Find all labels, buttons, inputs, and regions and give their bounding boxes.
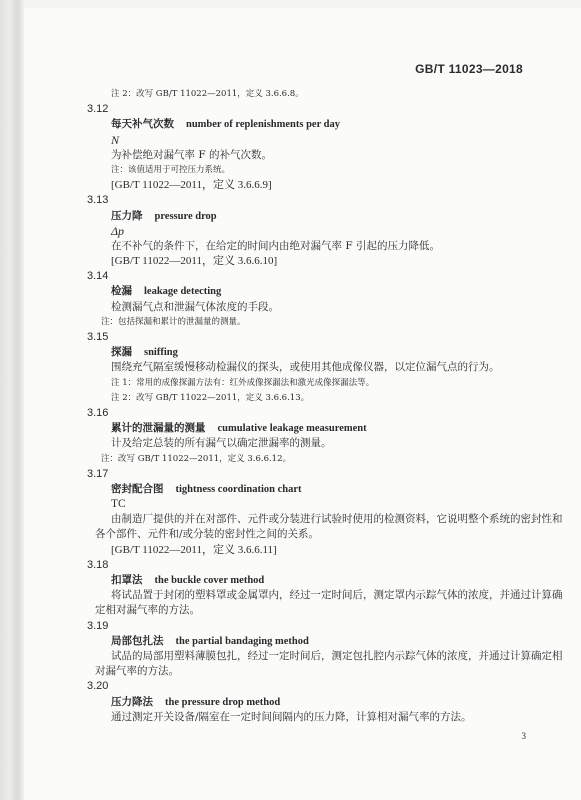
term-definition-line-1: 由制造厂提供的并在对部件、元件或分装进行试验时使用的检测资料，它说明整个系统的密…	[87, 512, 527, 527]
entry-number: 3.13	[87, 193, 527, 208]
term-zh: 压力降	[111, 210, 143, 222]
term-en: cumulative leakage measurement	[218, 423, 367, 434]
term-zh: 探漏	[111, 346, 132, 358]
entry-number: 3.19	[87, 619, 527, 634]
term-note: 注：该值适用于可控压力系统。	[87, 163, 527, 178]
term-zh: 扣罩法	[111, 574, 143, 586]
term-symbol: N	[87, 133, 527, 148]
entry-number: 3.16	[87, 406, 527, 421]
entry-number: 3.20	[87, 679, 527, 694]
term-definition: 为补偿绝对漏气率 F 的补气次数。	[87, 148, 527, 163]
term-en: the partial bandaging method	[176, 636, 309, 647]
term-definition-line-1: 试品的局部用塑料薄膜包扎，经过一定时间后，测定包扎腔内示踪气体的浓度，并通过计算…	[87, 649, 527, 664]
term-note: 注：包括探漏和累计的泄漏量的测量。	[87, 315, 527, 330]
term-heading: 检漏leakage detecting	[87, 284, 527, 299]
term-en: leakage detecting	[144, 286, 221, 297]
term-en: pressure drop	[155, 211, 217, 222]
entry-number: 3.18	[87, 558, 527, 573]
term-heading: 局部包扎法the partial bandaging method	[87, 634, 527, 649]
term-heading: 密封配合图tightness coordination chart	[87, 482, 527, 497]
term-definition: 计及给定总装的所有漏气以确定泄漏率的测量。	[87, 436, 527, 451]
term-heading: 压力降法the pressure drop method	[87, 695, 527, 710]
document-body: 注 2：改写 GB/T 11022—2011，定义 3.6.6.8。 3.12 …	[87, 87, 527, 725]
scan-edge	[0, 0, 24, 800]
term-source: [GB/T 11022—2011，定义 3.6.6.11]	[87, 543, 527, 558]
term-en: the pressure drop method	[165, 697, 280, 708]
entry-number: 3.15	[87, 330, 527, 345]
page-number: 3	[522, 731, 527, 741]
term-heading: 每天补气次数number of replenishments per day	[87, 117, 527, 132]
term-heading: 累计的泄漏量的测量cumulative leakage measurement	[87, 421, 527, 436]
term-symbol: TC	[87, 497, 527, 512]
term-source: [GB/T 11022—2011，定义 3.6.6.10]	[87, 254, 527, 269]
entry-number: 3.14	[87, 269, 527, 284]
entry-number: 3.17	[87, 467, 527, 482]
term-definition: 围绕充气隔室缓慢移动检漏仪的探头，或使用其他成像仪器，以定位漏气点的行为。	[87, 360, 527, 375]
term-symbol: Δp	[87, 224, 527, 239]
term-note: 注 2：改写 GB/T 11022—2011，定义 3.6.6.13。	[87, 391, 527, 406]
term-definition: 通过测定开关设备/隔室在一定时间间隔内的压力降，计算相对漏气率的方法。	[87, 710, 527, 725]
term-zh: 累计的泄漏量的测量	[111, 422, 206, 434]
term-zh: 检漏	[111, 285, 132, 297]
term-zh: 局部包扎法	[111, 635, 164, 647]
term-zh: 密封配合图	[111, 483, 164, 495]
standard-code-header: GB/T 11023—2018	[415, 62, 523, 76]
term-source: [GB/T 11022—2011，定义 3.6.6.9]	[87, 178, 527, 193]
term-definition-line-2: 对漏气率的方法。	[87, 664, 527, 679]
term-note: 注：改写 GB/T 11022—2011，定义 3.6.6.12。	[87, 452, 527, 467]
lead-note: 注 2：改写 GB/T 11022—2011，定义 3.6.6.8。	[87, 87, 527, 102]
term-note: 注 1：常用的成像探漏方法有：红外成像探漏法和激光成像探漏法等。	[87, 376, 527, 391]
term-definition: 检测漏气点和泄漏气体浓度的手段。	[87, 300, 527, 315]
term-en: the buckle cover method	[155, 575, 265, 586]
term-definition: 在不补气的条件下，在给定的时间内由绝对漏气率 F 引起的压力降低。	[87, 239, 527, 254]
term-en: tightness coordination chart	[176, 484, 302, 495]
term-en: sniffing	[144, 347, 178, 358]
term-heading: 扣罩法the buckle cover method	[87, 573, 527, 588]
term-definition-line-2: 定相对漏气率的方法。	[87, 603, 527, 618]
entry-number: 3.12	[87, 102, 527, 117]
term-zh: 每天补气次数	[111, 118, 174, 130]
term-zh: 压力降法	[111, 696, 153, 708]
term-definition-line-1: 将试品置于封闭的塑料罩或金属罩内，经过一定时间后，测定罩内示踪气体的浓度，并通过…	[87, 588, 527, 603]
term-en: number of replenishments per day	[186, 119, 340, 130]
term-definition-line-2: 各个部件、元件和/或分装的密封性之间的关系。	[87, 527, 527, 542]
term-heading: 探漏sniffing	[87, 345, 527, 360]
term-heading: 压力降pressure drop	[87, 209, 527, 224]
